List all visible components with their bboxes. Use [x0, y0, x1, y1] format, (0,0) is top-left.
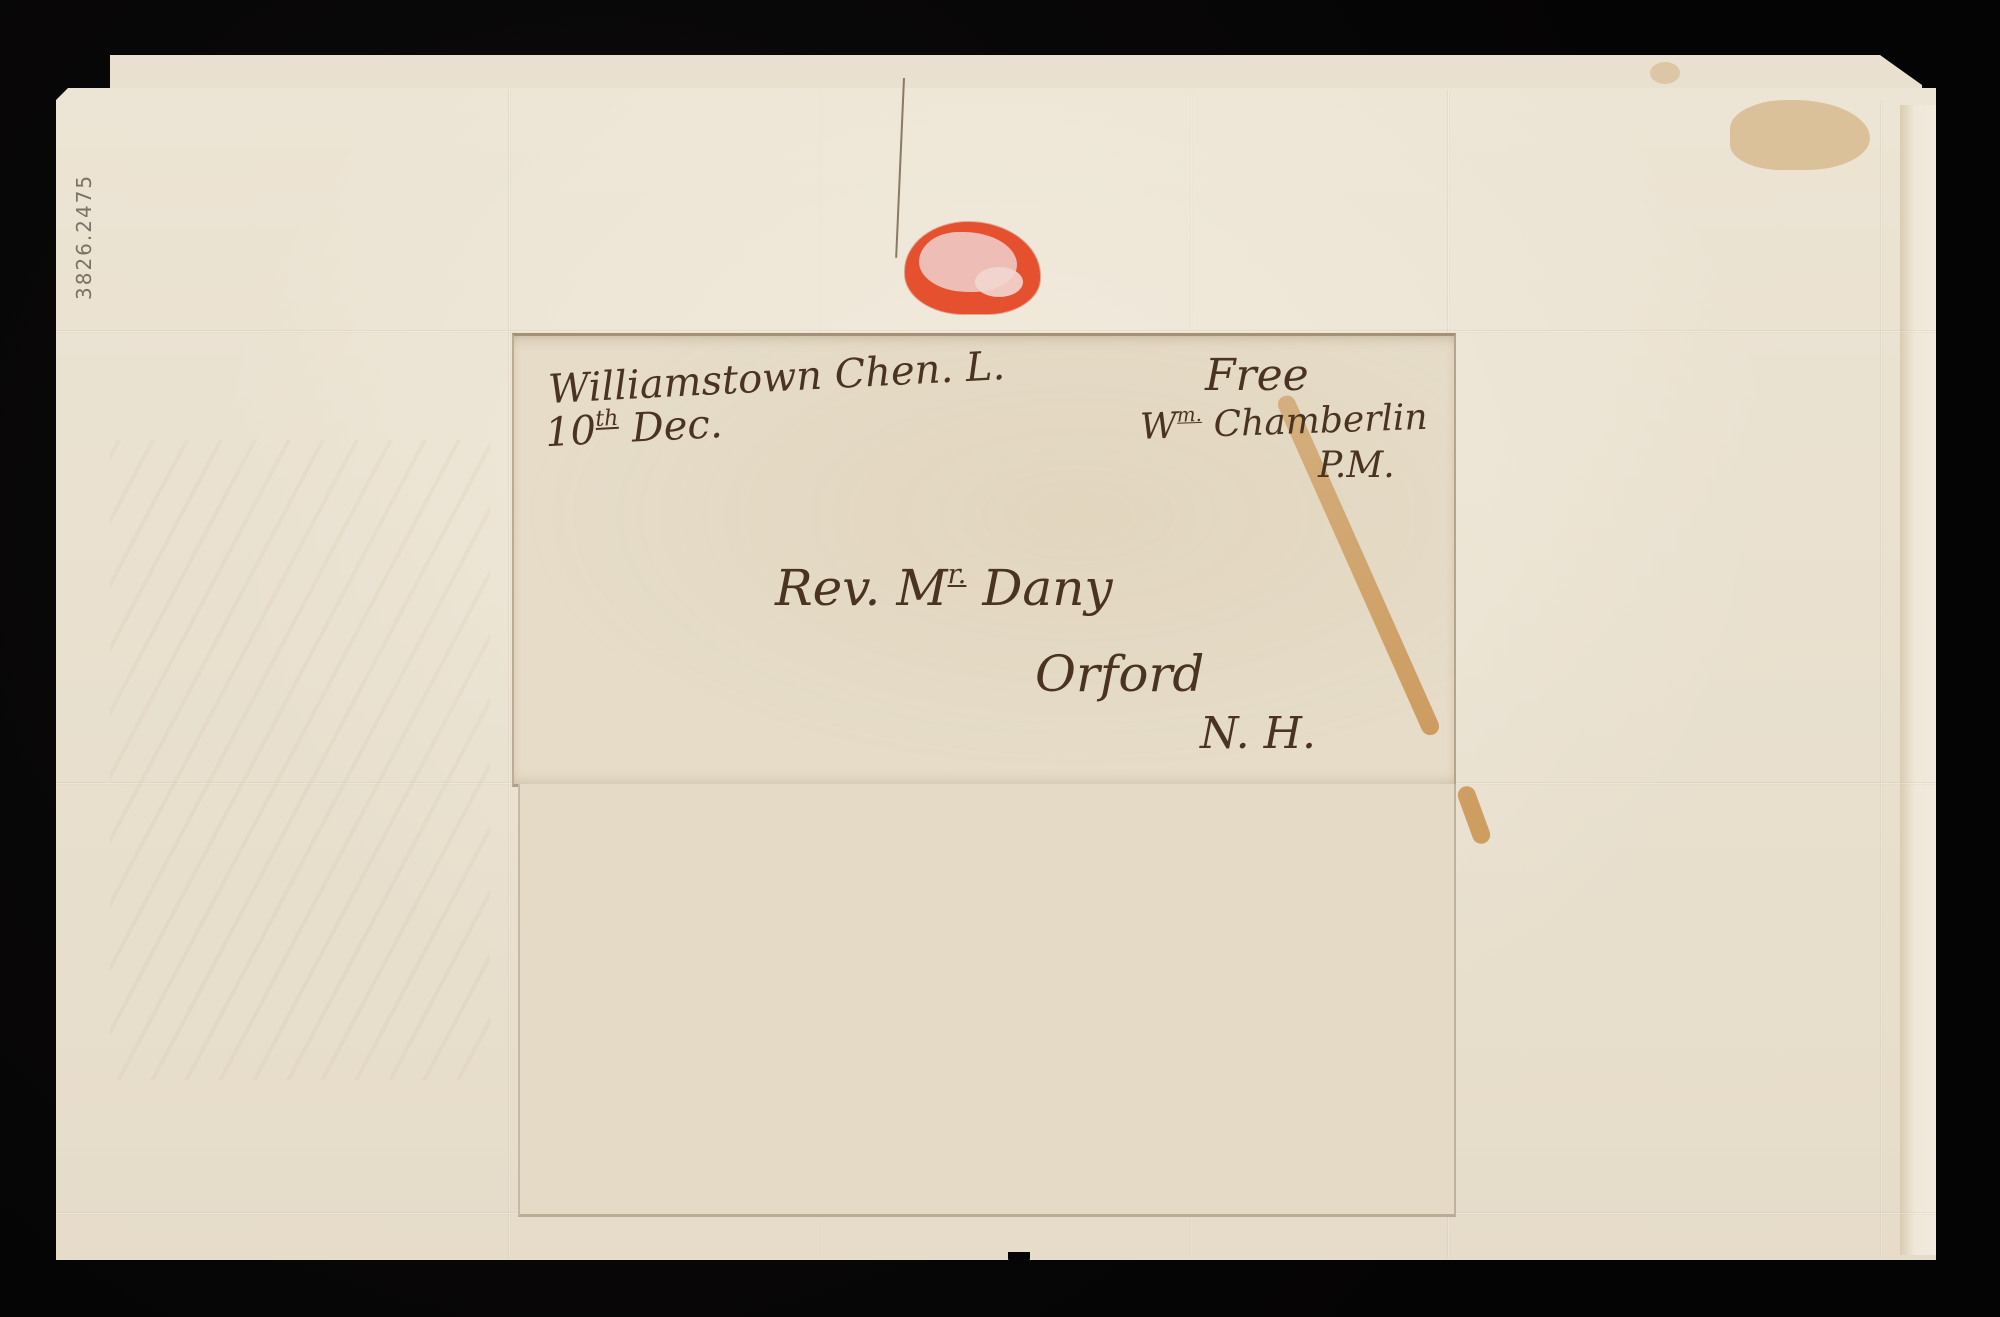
addressee-surname: Dany	[982, 559, 1112, 617]
addressee-state: N. H.	[1200, 708, 1316, 759]
addressee-town: Orford	[1035, 645, 1204, 703]
fold-crease	[508, 90, 511, 1258]
date-month: Dec.	[630, 401, 723, 452]
signature-surname: Chamberlin	[1213, 397, 1428, 445]
postmaster-title: P.M.	[1318, 445, 1395, 486]
signature-initial: W	[1139, 406, 1177, 448]
date-day: 10	[544, 408, 597, 457]
lower-fold-panel	[518, 784, 1456, 1217]
addressee-title-sup: r.	[948, 558, 967, 590]
fold-crease	[1880, 100, 1883, 1255]
right-edge-flap	[1900, 105, 1936, 1255]
bleed-through-writing	[110, 440, 490, 1080]
stain-spot	[1650, 62, 1680, 84]
bottom-tear	[1008, 1252, 1030, 1264]
archive-number: 3826.2475	[72, 174, 96, 300]
addressee-title: Rev. M	[775, 559, 948, 617]
signature-initial-sup: m.	[1176, 403, 1202, 427]
origin-date: 10th Dec.	[544, 400, 724, 456]
addressee-name: Rev. Mr. Dany	[775, 558, 1113, 617]
date-suffix: th	[595, 406, 619, 432]
free-frank: Free	[1205, 350, 1309, 401]
